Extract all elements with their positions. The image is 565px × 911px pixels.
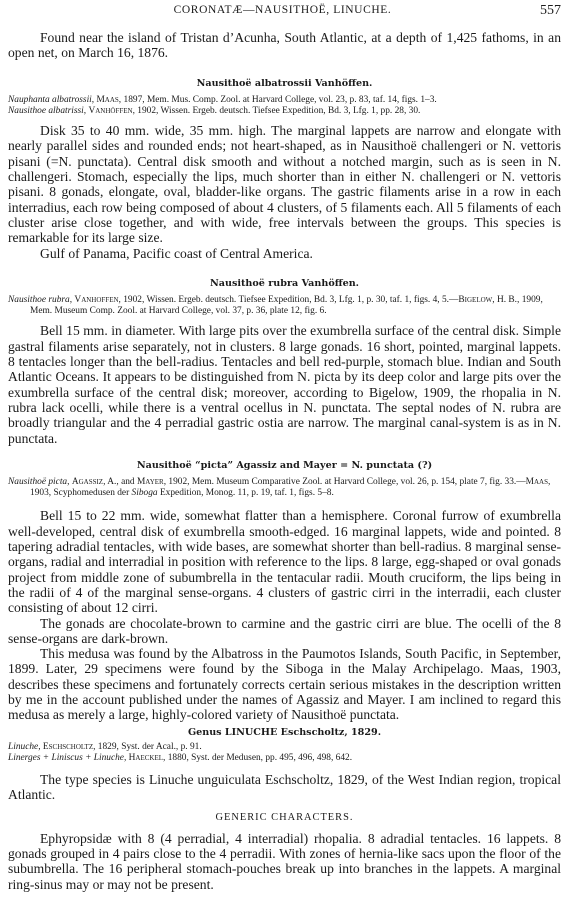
page-number: 557 — [540, 3, 561, 19]
description-paragraph: Disk 35 to 40 mm. wide, 35 mm. high. The… — [8, 123, 561, 245]
color-paragraph: The gonads are chocolate-brown to carmin… — [8, 616, 561, 647]
type-species-paragraph: The type species is Linuche unguiculata … — [8, 772, 561, 803]
species-heading-picta: Nausithoë “picta” Agassiz and Mayer = N.… — [8, 460, 561, 471]
species-heading-albatrossii: Nausithoë albatrossii Vanhöffen. — [8, 78, 561, 89]
synonym-entry: Nauphanta albatrossii, Maas, 1897, Mem. … — [8, 95, 561, 106]
synonym-entry: Linerges + Liniscus + Linuche, Haeckel, … — [8, 753, 561, 764]
running-title: CORONATÆ—NAUSITHOË, LINUCHE. — [0, 4, 565, 16]
synonym-entry: Nausithoe rubra, Vanhoffen, 1902, Wissen… — [8, 295, 561, 318]
intro-paragraph: Found near the island of Tristan d’Acunh… — [8, 30, 561, 61]
description-paragraph: Bell 15 mm. in diameter. With large pits… — [8, 323, 561, 445]
page-body: Found near the island of Tristan d’Acunh… — [8, 30, 561, 892]
generic-characters-heading: GENERIC CHARACTERS. — [8, 812, 561, 823]
distribution-paragraph: This medusa was found by the Albatross i… — [8, 646, 561, 722]
species-heading-rubra: Nausithoë rubra Vanhöffen. — [8, 278, 561, 289]
description-paragraph: Bell 15 to 22 mm. wide, somewhat flatter… — [8, 508, 561, 615]
running-head: CORONATÆ—NAUSITHOË, LINUCHE. 557 — [0, 4, 565, 20]
locality-paragraph: Gulf of Panama, Pacific coast of Central… — [8, 246, 561, 261]
page: CORONATÆ—NAUSITHOË, LINUCHE. 557 Found n… — [0, 0, 565, 911]
synonym-entry: Linuche, Eschscholtz, 1829, Syst. der Ac… — [8, 742, 561, 753]
synonym-entry: Nausithoë picta, Agassiz, A., and Mayer,… — [8, 477, 561, 500]
generic-characters-paragraph: Ephyropsidæ with 8 (4 perradial, 4 inter… — [8, 831, 561, 892]
genus-heading-linuche: Genus LINUCHE Eschscholtz, 1829. — [8, 727, 561, 738]
synonym-entry: Nausithoe albatrissi, Vanhöffen, 1902, W… — [8, 106, 561, 117]
